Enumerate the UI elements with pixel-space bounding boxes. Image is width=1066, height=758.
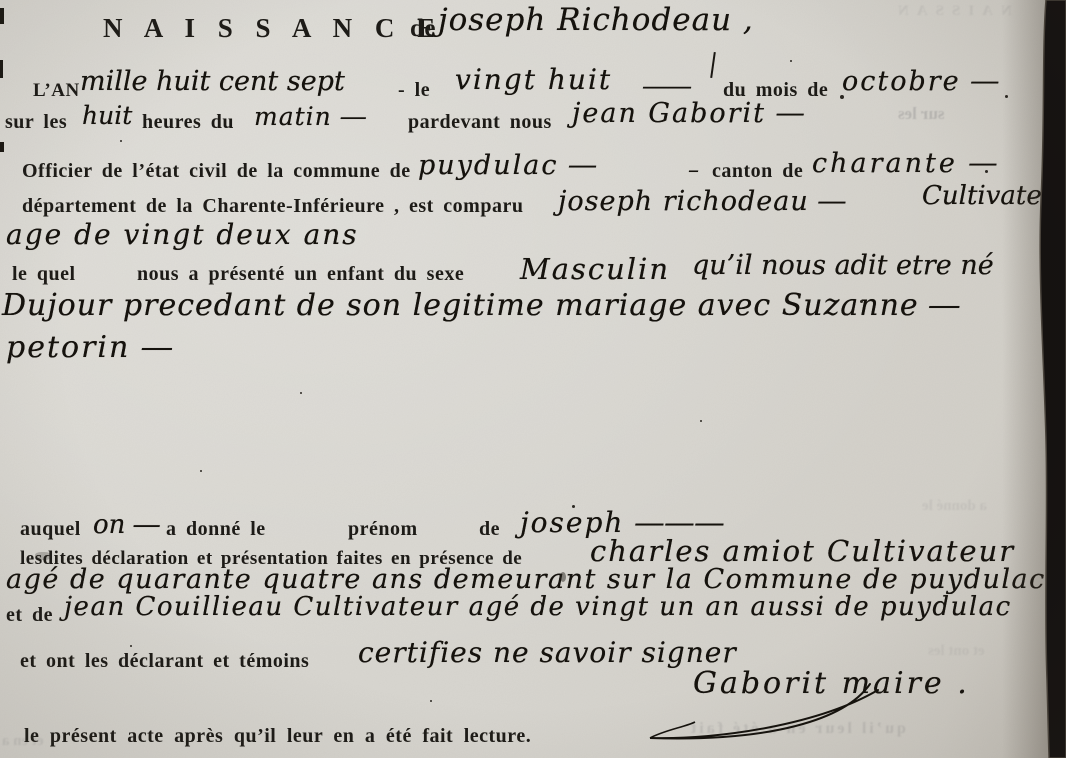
label-pardevant: pardevant nous <box>408 111 552 134</box>
label-de: de <box>479 518 500 541</box>
ink-smudge <box>560 572 566 582</box>
label-officier-commune: Officier de l’état civil de la commune d… <box>22 160 411 183</box>
ink-stroke <box>710 52 716 78</box>
label-et-de: et de <box>6 604 53 627</box>
child-name-handwritten: joseph Richodeau , <box>438 2 754 38</box>
witness1-name-handwritten: charles amiot Cultivateur <box>590 534 1015 568</box>
label-lan: L’AN <box>33 80 80 102</box>
officer-name-handwritten: jean Gaborit ― <box>572 98 806 129</box>
month-handwritten: octobre ― <box>842 66 1000 97</box>
ink-speck <box>985 170 988 173</box>
ink-speck <box>200 470 202 472</box>
document-title: N A I S S A N C E <box>103 13 441 44</box>
declarant-age-handwritten: age de vingt deux ans <box>6 218 359 251</box>
declarant-name-handwritten: joseph richodeau ― <box>558 186 846 217</box>
ink-speck <box>790 60 792 62</box>
ink-speck <box>700 420 702 422</box>
label-presente-enfant: nous a présenté un enfant du sexe <box>137 263 464 286</box>
label-a-donne-le: a donné le <box>166 518 266 541</box>
year-handwritten: mille huit cent sept <box>80 66 345 97</box>
child-sex-handwritten: Masculin <box>520 252 670 286</box>
ink-stroke <box>0 60 3 78</box>
page-edge-band <box>1036 0 1066 758</box>
witness2-detail-handwritten: jean Couillieau Cultivateur agé de vingt… <box>64 592 1012 622</box>
born-note-handwritten: qu’il nous adit etre né <box>692 250 994 281</box>
ink-dash: ―― <box>643 72 691 100</box>
day-handwritten: vingt huit <box>455 63 612 96</box>
ink-speck <box>300 392 302 394</box>
label-lecture: le présent acte après qu’il leur en a ét… <box>24 725 531 748</box>
signature-flourish <box>610 672 910 752</box>
birth-record-scan: NAISSAN sur les a donné le et ont les qu… <box>0 0 1066 758</box>
commune-handwritten: puydulac ― <box>418 150 598 181</box>
period-handwritten: matin ― <box>254 102 367 131</box>
label-heures-du: heures du <box>142 111 234 134</box>
label-declarant-temoins: et ont les déclarant et témoins <box>20 650 309 673</box>
label-le: - le <box>398 79 430 102</box>
label-canton: canton de <box>712 160 803 183</box>
label-lequel: le quel <box>12 263 76 286</box>
ink-stroke <box>0 8 4 24</box>
on-handwritten: on ― <box>93 510 160 540</box>
bleed-through-text: sur les <box>898 104 944 124</box>
mother-name-handwritten: petorin ― <box>6 330 174 365</box>
ink-speck <box>130 645 132 647</box>
cannot-sign-handwritten: certifies ne savoir signer <box>358 636 737 669</box>
bleed-through-text: NAISSAN <box>890 3 1012 20</box>
ink-dash: – <box>688 158 699 183</box>
ink-speck <box>840 95 844 99</box>
ink-stroke <box>0 142 4 152</box>
bleed-through-text: et ont les <box>928 643 985 660</box>
ink-speck <box>860 300 863 303</box>
title-connector: de <box>410 15 436 43</box>
label-prenom: prénom <box>348 518 418 541</box>
label-departement-comparu: département de la Charente-Inférieure , … <box>22 195 523 218</box>
ink-speck <box>572 505 575 508</box>
witness1-detail-handwritten: agé de quarante quatre ans demeurant sur… <box>6 564 1046 595</box>
ink-speck <box>430 700 432 702</box>
ink-smudge <box>35 552 51 560</box>
canton-handwritten: charante ― <box>812 148 999 179</box>
ink-speck <box>120 140 122 142</box>
birth-detail-handwritten: Dujour precedant de son legitime mariage… <box>2 288 960 323</box>
hour-handwritten: huit <box>82 101 132 130</box>
bleed-through-text: a donné le <box>922 498 987 515</box>
label-auquel: auquel <box>20 518 81 541</box>
label-sur-les: sur les <box>5 111 67 134</box>
